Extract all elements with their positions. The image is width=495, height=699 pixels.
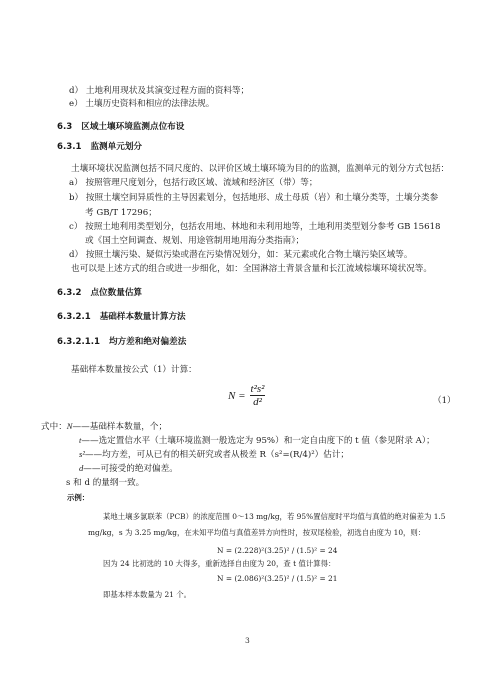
section-heading-6-3-2-1-1: 6.3.2.1.1 均方差和绝对偏差法: [57, 337, 186, 348]
formula-numerator: t²s²: [250, 383, 266, 396]
list-item: c） 按照土地利用类型划分，包括农用地、林地和未利用地等，土地利用类型划分参考 …: [69, 222, 441, 233]
definition-row: d——可接受的绝对偏差。: [79, 463, 178, 475]
formula-lhs: N =: [228, 390, 246, 402]
list-text: 按照土壤污染、疑似污染或潜在污染情况划分，如：某元素或化合物土壤污染区域等。: [86, 250, 413, 260]
list-continuation: 考 GB/T 17296；: [85, 208, 157, 219]
section-title: 点位数量估算: [90, 288, 142, 298]
definition-text: ——选定置信水平（土壤环境监测一般选定为 95%）和一定自由度下的 t 值（参见…: [81, 436, 434, 446]
section-number: 6.3.2.1: [57, 312, 91, 322]
section-number: 6.3: [57, 122, 72, 132]
list-label: d）: [69, 250, 83, 260]
example-label: 示例：: [67, 492, 89, 503]
list-text: 土壤历史资料和相应的法律法规。: [85, 99, 214, 109]
example-text: mg/kg，s 为 3.25 mg/kg，在未知平均值与真值差异方向性时，按双尾…: [88, 527, 425, 538]
list-text: 土地利用现状及其演变过程方面的资料等；: [86, 86, 249, 96]
section-heading-6-3-2-1: 6.3.2.1 基础样本数量计算方法: [57, 312, 186, 323]
definition-row: s²——均方差，可从已有的相关研究或者从极差 R（s²=(R/4)²）估计；: [79, 449, 349, 461]
example-equation: N = (2.086)²(3.25)² / (1.5)² = 21: [217, 573, 337, 584]
section-number: 6.3.2.1.1: [57, 337, 100, 347]
page-number: 3: [245, 636, 250, 645]
definition-row: t——选定置信水平（土壤环境监测一般选定为 95%）和一定自由度下的 t 值（参…: [79, 435, 435, 447]
formula-1: N = t²s² d²: [228, 383, 265, 408]
section-number: 6.3.2: [57, 288, 81, 298]
list-item: a） 按照管理尺度划分，包括行政区域、流域和经济区（带）等；: [69, 178, 318, 189]
list-label: d）: [69, 86, 83, 96]
list-text: 按照管理尺度划分，包括行政区域、流域和经济区（带）等；: [85, 178, 317, 188]
list-label: c）: [69, 222, 82, 232]
example-text: 即基本样本数量为 21 个。: [103, 589, 191, 600]
list-text: 按照土壤空间异质性的主导因素划分，包括地形、成土母质（岩）和土壤分类等，土壤分类…: [86, 193, 438, 203]
paragraph: 基础样本数量按公式（1）计算：: [71, 365, 197, 376]
section-heading-6-3-1: 6.3.1 监测单元划分: [57, 142, 142, 153]
section-heading-6-3: 6.3 区域土壤环境监测点位布设: [57, 122, 184, 133]
paragraph: 也可以是上述方式的组合或进一步细化，如：全国淋溶土背景含量和长江流域棕壤环境状况…: [71, 264, 432, 275]
list-item: d） 土地利用现状及其演变过程方面的资料等；: [69, 86, 249, 97]
list-item: b） 按照土壤空间异质性的主导因素划分，包括地形、成土母质（岩）和土壤分类等，土…: [69, 193, 438, 204]
example-text: 某地土壤多氯联苯（PCB）的浓度范围 0～13 mg/kg，若 95%置信度时平…: [103, 511, 445, 522]
list-label: e）: [69, 99, 83, 109]
list-text: 按照土地利用类型划分，包括农用地、林地和未利用地等，土地利用类型划分参考 GB …: [85, 222, 440, 232]
section-heading-6-3-2: 6.3.2 点位数量估算: [57, 288, 142, 299]
equation-number: （1）: [433, 394, 456, 406]
section-title: 基础样本数量计算方法: [100, 312, 186, 322]
section-title: 区域土壤环境监测点位布设: [81, 122, 184, 132]
list-item: e） 土壤历史资料和相应的法律法规。: [69, 99, 214, 110]
example-text: 因为 24 比初选的 10 大得多，重新选择自由度为 20，查 t 值计算得：: [103, 558, 335, 569]
definition-text: ——基础样本数量，个；: [73, 422, 168, 432]
definition-text: ——均方差，可从已有的相关研究或者从极差 R（s²=(R/4)²）估计；: [85, 450, 349, 460]
list-label: b）: [69, 193, 83, 203]
section-title: 均方差和绝对偏差法: [109, 337, 186, 347]
note: s 和 d 的量纲一致。: [66, 478, 144, 489]
list-label: a）: [69, 178, 83, 188]
where-prefix: 式中：: [41, 422, 67, 432]
list-continuation: 或《国土空间调查、规划、用途管制用地用海分类指南》；: [85, 236, 304, 247]
paragraph: 土壤环境状况监测包括不同尺度的、以评价区域土壤环境为目的的监测，监测单元的划分方…: [71, 164, 449, 175]
definition-row: 式中：N——基础样本数量，个；: [41, 421, 167, 433]
example-equation: N = (2.228)²(3.25)² / (1.5)² = 24: [217, 545, 337, 556]
formula-denominator: d²: [253, 396, 262, 408]
formula-fraction: t²s² d²: [250, 383, 266, 408]
list-item: d） 按照土壤污染、疑似污染或潜在污染情况划分，如：某元素或化合物土壤污染区域等…: [69, 250, 412, 261]
definition-text: ——可接受的绝对偏差。: [83, 464, 178, 474]
section-number: 6.3.1: [57, 142, 81, 152]
section-title: 监测单元划分: [90, 142, 142, 152]
